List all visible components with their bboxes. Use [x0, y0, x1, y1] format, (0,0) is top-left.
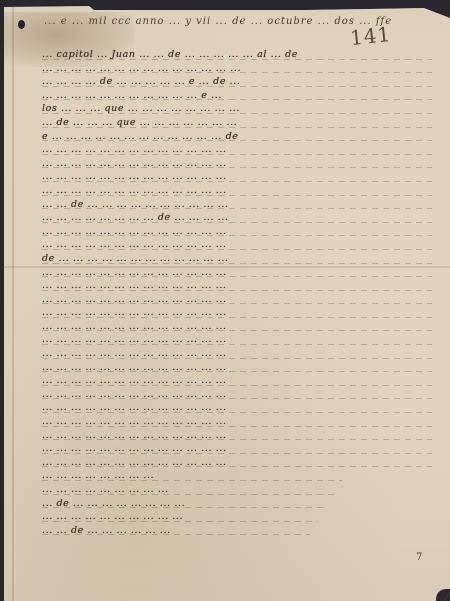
manuscript-line: ... ... ... ... ... ... ... ... ... ... … — [42, 266, 432, 280]
manuscript-line: ... ... ... ... ... ... ... ... ... ... … — [42, 456, 432, 470]
manuscript-line: ... ... ... ... ... ... ... ... ... ... … — [42, 347, 432, 361]
manuscript-line: ... ... ... ... ... ... ... ... ... ... … — [42, 388, 432, 402]
manuscript-line: ... ... ... ... ... ... ... ... ... ... … — [42, 429, 432, 443]
manuscript-line: e ... ... ... ... ... ... ... ... ... ..… — [42, 130, 432, 144]
folio-number: 141 — [349, 22, 392, 50]
manuscript-line: los ... ... ... que ... ... ... ... ... … — [42, 102, 432, 116]
manuscript-line: ... ... ... ... ... ... ... ... ... ... … — [42, 62, 432, 76]
manuscript-line: ... ... ... ... ... ... ... ... — [42, 469, 342, 483]
margin-mark: 7 — [416, 552, 422, 563]
manuscript-line: ... ... ... ... ... ... ... ... ... ... … — [42, 238, 432, 252]
manuscript-line: ... ... ... ... ... ... ... ... ... ... … — [42, 361, 432, 375]
torn-corner — [436, 589, 450, 601]
manuscript-line: ... ... ... ... ... ... ... ... ... ... … — [42, 170, 432, 184]
manuscript-line: ... ... ... ... ... ... ... ... ... ... … — [42, 401, 432, 415]
manuscript-line: ... ... ... ... ... ... ... ... ... ... … — [42, 225, 432, 239]
manuscript-line: ... ... ... ... de ... ... ... ... ... e… — [42, 75, 432, 89]
manuscript-line: de ... ... ... ... ... ... ... ... ... .… — [42, 252, 432, 266]
manuscript-line: ... ... ... ... ... ... ... ... ... ... … — [42, 442, 432, 456]
manuscript-line: ... ... ... ... ... ... ... ... ... ... … — [42, 184, 432, 198]
manuscript-line: ... ... ... ... ... ... ... ... ... ... … — [42, 293, 432, 307]
manuscript-line: ... ... ... ... ... ... ... ... ... ... … — [42, 279, 432, 293]
manuscript-line: ... ... ... ... ... ... ... ... ... — [42, 483, 334, 497]
manuscript-line: ... ... ... ... ... ... ... ... ... ... … — [42, 320, 432, 334]
manuscript-page: ... e ... mil ccc anno ... y vii ... de … — [4, 4, 450, 601]
manuscript-line: ... ... ... ... ... ... ... ... ... ... … — [42, 89, 432, 103]
binding-edge — [12, 4, 14, 601]
manuscript-line: ... de ... ... ... ... ... ... ... ... — [42, 497, 326, 511]
manuscript-line: ... capitol ... Juan ... ... de ... ... … — [42, 48, 432, 62]
manuscript-line: ... ... ... ... ... ... ... ... ... ... … — [42, 157, 432, 171]
manuscript-line: ... ... ... ... ... ... ... ... ... ... … — [42, 143, 432, 157]
manuscript-line: ... de ... ... ... que ... ... ... ... .… — [42, 116, 432, 130]
manuscript-line: ... ... de ... ... ... ... ... ... ... .… — [42, 198, 432, 212]
manuscript-line: ... ... ... ... ... ... ... ... ... ... … — [42, 415, 432, 429]
manuscript-body: ... capitol ... Juan ... ... de ... ... … — [42, 48, 432, 537]
binding-hole — [18, 20, 25, 29]
manuscript-line: ... ... ... ... ... ... ... ... ... ... … — [42, 374, 432, 388]
header-line: ... e ... mil ccc anno ... y vii ... de … — [44, 16, 392, 27]
manuscript-line: ... ... ... ... ... ... ... ... de ... .… — [42, 211, 432, 225]
manuscript-line: ... ... ... ... ... ... ... ... ... ... … — [42, 333, 432, 347]
manuscript-line: ... ... ... ... ... ... ... ... ... ... — [42, 510, 318, 524]
manuscript-line: ... ... de ... ... ... ... ... ... — [42, 524, 310, 538]
manuscript-line: ... ... ... ... ... ... ... ... ... ... … — [42, 306, 432, 320]
